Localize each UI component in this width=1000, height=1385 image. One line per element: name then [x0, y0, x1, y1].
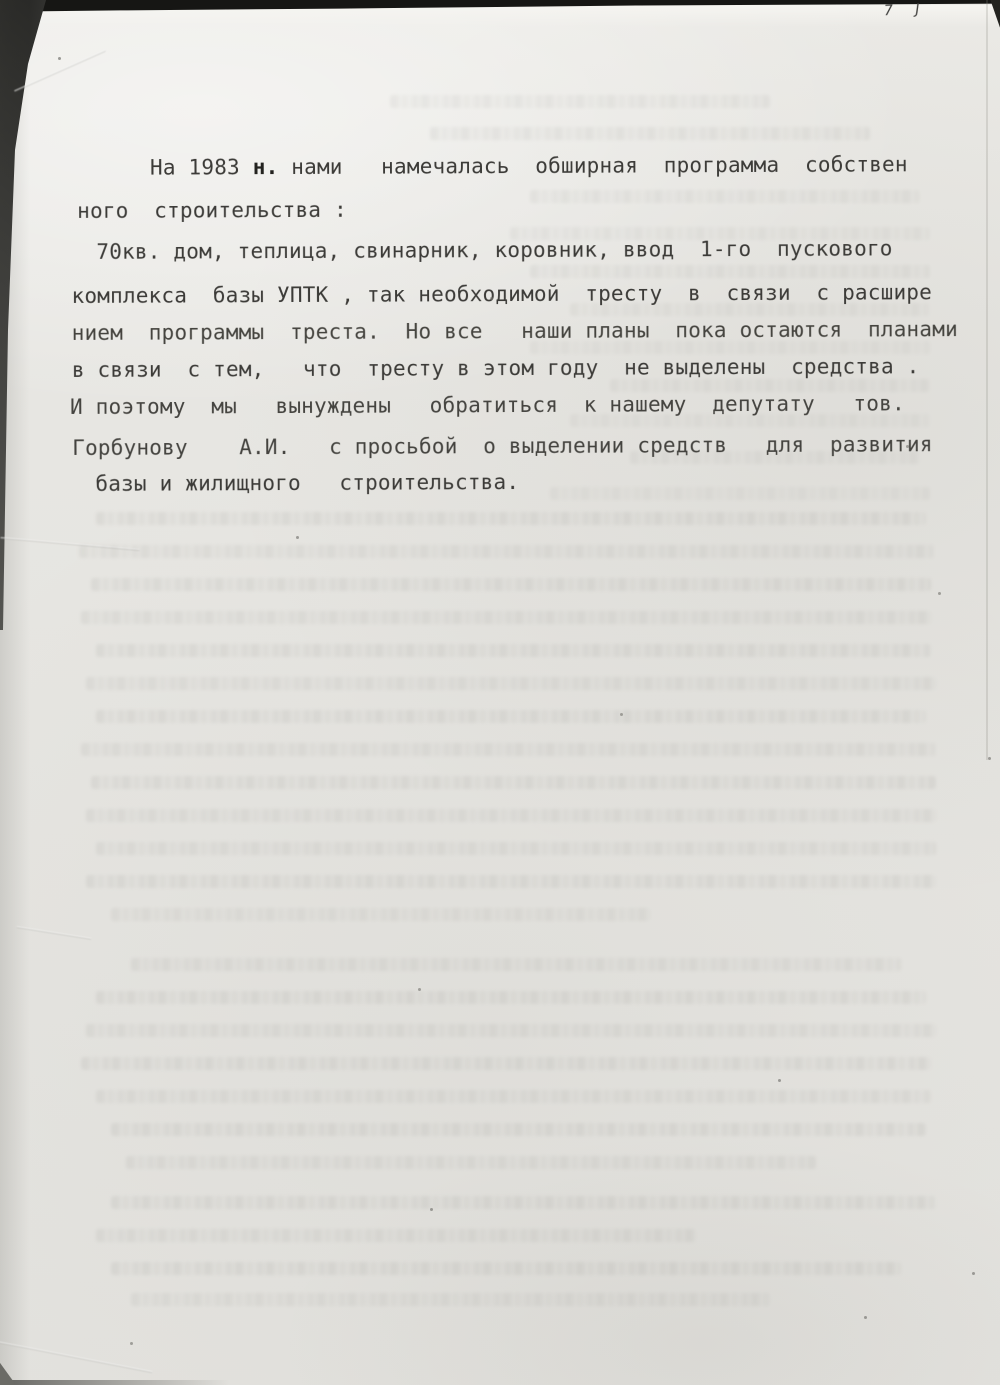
overstruck-year-letter: н.: [253, 155, 279, 179]
ghost-text-line: [111, 908, 651, 921]
ghost-text-line: [81, 1057, 931, 1070]
ghost-text-line: [126, 1156, 816, 1169]
typed-line: базы и жилищного строительства.: [95, 470, 519, 496]
bottom-left-edge: [0, 1380, 230, 1385]
paper-speckles: [58, 57, 61, 60]
ghost-text-line: [81, 743, 936, 756]
typed-text-block: На 1983 н. нами намечалась обширная прог…: [0, 0, 1000, 600]
ghost-text-line: [96, 1229, 696, 1242]
typed-line: И поэтому мы вынуждены обратиться к наше…: [70, 391, 905, 419]
ghost-text-line: [86, 677, 936, 690]
ghost-text-line: [96, 644, 931, 657]
ghost-text-line: [131, 1293, 771, 1306]
ghost-text-line: [111, 1196, 936, 1209]
typed-line: в связи с тем, что тресту в этом году не…: [72, 354, 920, 382]
ghost-text-line: [86, 809, 936, 822]
ghost-text-line: [96, 1090, 931, 1103]
typed-line-text: На 1983: [150, 155, 253, 179]
ghost-text-line: [131, 958, 901, 971]
ghost-text-line: [96, 710, 926, 723]
ghost-text-line: [111, 1123, 926, 1136]
typed-line: На 1983 н. нами намечалась обширная прог…: [150, 152, 908, 179]
ghost-text-line: [86, 875, 936, 888]
typed-line: Горбунову А.И. с просьбой о выделении ср…: [72, 432, 933, 460]
typed-line-text: нами намечалась обширная программа собст…: [278, 152, 907, 179]
typed-line: ного строительства :: [77, 198, 347, 223]
typed-line: 70кв. дом, теплица, свинарник, коровник,…: [96, 236, 892, 263]
ghost-text-line: [91, 776, 936, 789]
typed-line: комплекса базы УПТК , так необходимой тр…: [71, 280, 932, 308]
ghost-text-line: [111, 1262, 901, 1275]
typed-line: нием программы треста. Но все наши планы…: [72, 317, 958, 345]
ghost-text-line: [86, 1024, 936, 1037]
scanned-document-page: 7 J На 1983 н. нами намечалась обширная …: [0, 0, 1000, 1385]
ghost-text-line: [81, 611, 931, 624]
ghost-text-line: [96, 842, 936, 855]
ghost-text-line: [96, 991, 926, 1004]
